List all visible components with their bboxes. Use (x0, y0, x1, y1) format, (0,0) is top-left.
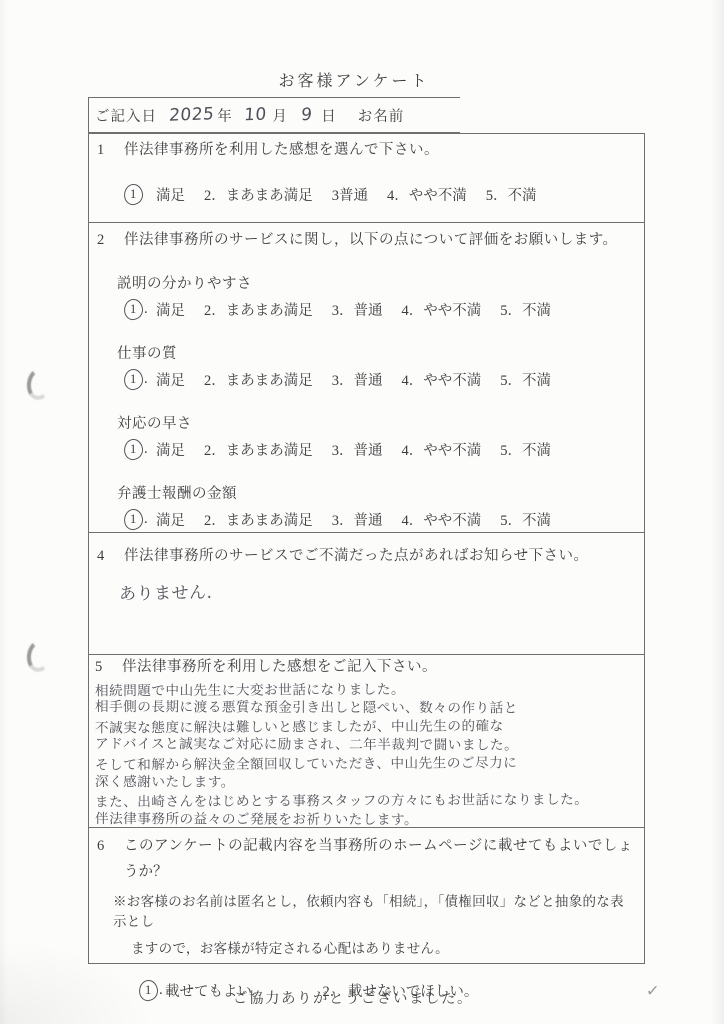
circled-answer-mark: 1 (123, 438, 144, 461)
q6-heading-continued: うか？ (97, 860, 636, 881)
date-day-value: 9 (300, 106, 313, 123)
section-q6: 6 このアンケートの記載内容を当事務所のホームページに載せてもよいでしょ うか？… (89, 828, 644, 963)
q2-rating-row-quality: 1 . 満足 2．まあまあ満足 3．普通 4．やや不満 5．不満 (97, 369, 636, 390)
thank-you-footer: ご協力ありがとうございました。 (233, 987, 473, 1008)
date-row: ご記入日 2025 年 10 月 9 日 お名前 (88, 97, 460, 133)
handwritten-line: 相手側の長期に渡る悪質な預金引き出しと隠ぺい、数々の作り話と (95, 698, 638, 718)
q2-rating-row-fees: 1 . 満足 2．まあまあ満足 3．普通 4．やや不満 5．不満 (97, 509, 636, 530)
circled-answer-mark: 1 (138, 978, 159, 1001)
q2-item-label-fees: 弁護士報酬の金額 (97, 482, 636, 503)
survey-form: 1 伴法律事務所を利用した感想を選んで下さい。 1 満足 2．まあまあ満足 3普… (88, 133, 645, 964)
name-label: お名前 (358, 105, 405, 126)
q1-option-3: 3普通 (332, 184, 368, 205)
handwritten-line: 深く感謝いたします。 (95, 773, 638, 793)
handwritten-line: そして和解から解決金全額回収していただき、中山先生のご尽力に (95, 754, 638, 775)
checkmark-icon: ✓ (646, 981, 660, 1001)
date-year-value: 2025 (168, 106, 214, 125)
q1-rating-row: 1 満足 2．まあまあ満足 3普通 4．やや不満 5．不満 (97, 184, 636, 205)
q6-heading: 6 このアンケートの記載内容を当事務所のホームページに載せてもよいでしょ (97, 837, 636, 857)
circled-answer-mark: 1 (123, 298, 144, 321)
day-suffix: 日 (321, 105, 336, 126)
q2-rating-row-clarity: 1 . 満足 2．まあまあ満足 3．普通 4．やや不満 5．不満 (97, 299, 636, 320)
punch-hole-icon (25, 638, 53, 673)
section-q2: 2 伴法律事務所のサービスに関し，以下の点について評価をお願いします。 説明の分… (89, 223, 644, 533)
q4-heading: 4 伴法律事務所のサービスでご不満だった点があればお知らせ下さい。 (97, 547, 636, 567)
q2-fees-option-1-selected: 1 . 満足 (124, 509, 185, 530)
q5-number: 5 (95, 658, 122, 678)
q5-heading: 5 伴法律事務所を利用した感想をご記入下さい。 (95, 658, 638, 678)
q2-item-label-clarity: 説明の分かりやすさ (97, 272, 636, 293)
q4-number: 4 (97, 547, 124, 567)
q2-heading: 2 伴法律事務所のサービスに関し，以下の点について評価をお願いします。 (97, 231, 636, 251)
q1-option-1-selected: 1 満足 (124, 184, 185, 205)
q6-anonymity-note: ※お客様のお名前は匿名とし，依頼内容も「相続」，「債権回収」などと抽象的な表示と… (97, 890, 636, 930)
date-month-value: 10 (243, 106, 267, 124)
q1-option-5: 5．不満 (486, 184, 537, 205)
q2-number: 2 (97, 231, 124, 251)
q1-option-4: 4．やや不満 (387, 184, 467, 205)
q2-speed-option-1-selected: 1 . 満足 (124, 439, 185, 460)
section-q4: 4 伴法律事務所のサービスでご不満だった点があればお知らせ下さい。 ありません. (89, 533, 644, 655)
handwritten-line: アドバイスと誠実なご対応に励まされ、二年半裁判で闘いました。 (95, 735, 638, 755)
q2-clarity-option-1-selected: 1 . 満足 (124, 299, 185, 320)
q4-handwritten-answer: ありません. (119, 570, 636, 604)
month-suffix: 月 (272, 105, 287, 126)
circled-answer-mark: 1 (123, 508, 144, 531)
q6-number: 6 (97, 837, 124, 857)
q6-anonymity-note-continued: ますので，お客様が特定される心配はありません。 (97, 937, 636, 957)
section-q5: 5 伴法律事務所を利用した感想をご記入下さい。 相続問題で中山先生に大変お世話に… (89, 655, 644, 828)
q2-item-label-speed: 対応の早さ (97, 412, 636, 433)
q1-option-2: 2．まあまあ満足 (204, 184, 313, 205)
scanned-survey-page: お客様アンケート ご記入日 2025 年 10 月 9 日 お名前 1 伴法律事… (0, 0, 724, 1024)
year-suffix: 年 (217, 105, 232, 126)
circled-answer-mark: 1 (123, 368, 144, 391)
punch-hole-icon (25, 366, 53, 401)
q2-rating-row-speed: 1 . 満足 2．まあまあ満足 3．普通 4．やや不満 5．不満 (97, 439, 636, 460)
date-label: ご記入日 (95, 105, 157, 126)
q2-item-label-quality: 仕事の質 (97, 342, 636, 363)
q5-handwritten-answer: 相続問題で中山先生に大変お世話になりました。 相手側の長期に渡る悪質な預金引き出… (95, 681, 638, 830)
handwritten-line: また、出崎さんをはじめとする事務スタッフの方々にもお世話になりました。 (95, 791, 638, 812)
q1-number: 1 (97, 141, 124, 161)
page-title: お客様アンケート (268, 68, 440, 98)
circled-answer-mark: 1 (123, 182, 144, 205)
section-q1: 1 伴法律事務所を利用した感想を選んで下さい。 1 満足 2．まあまあ満足 3普… (89, 134, 644, 223)
q1-heading: 1 伴法律事務所を利用した感想を選んで下さい。 (97, 141, 636, 161)
q2-quality-option-1-selected: 1 . 満足 (124, 369, 185, 390)
